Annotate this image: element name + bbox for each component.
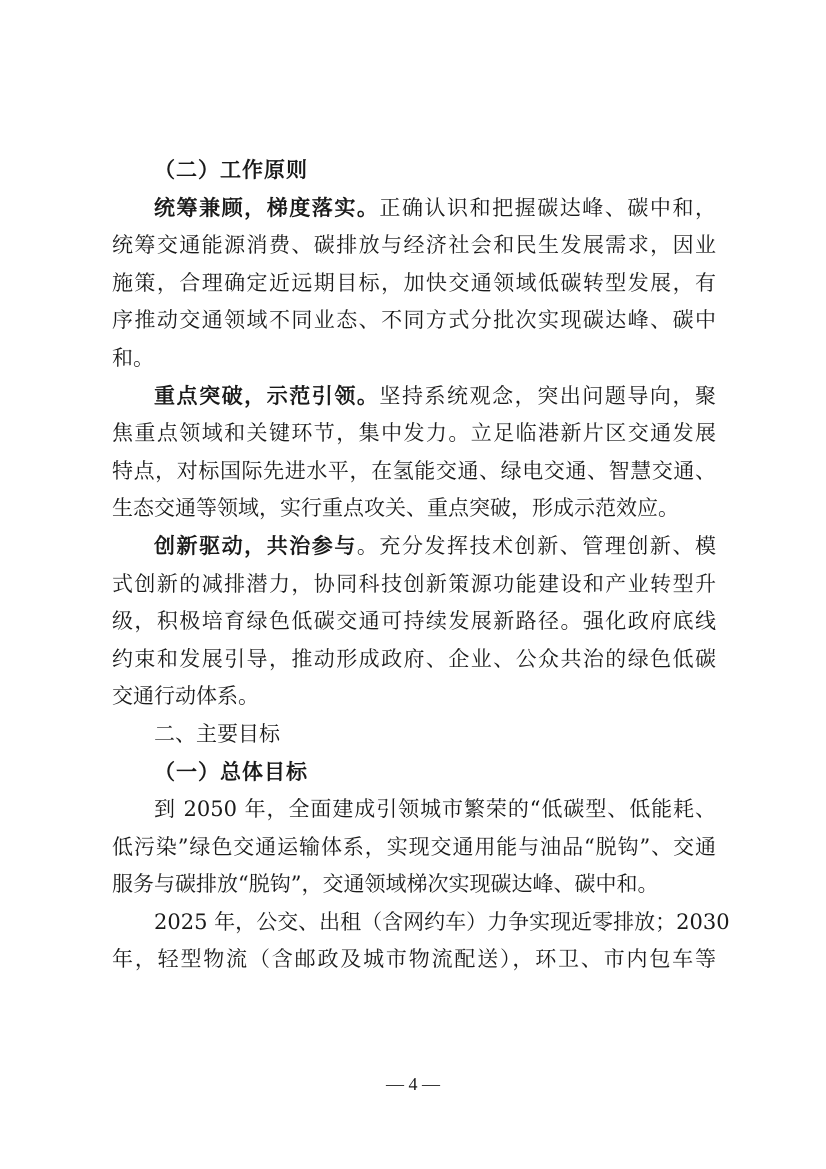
paragraph-lead: 创新驱动，共治参与 [154, 534, 357, 558]
paragraph-line: 低污染”绿色交通运输体系，实现交通用能与油品“脱钩”、交通 [112, 829, 716, 867]
paragraph-line: 施策，合理确定近远期目标，加快交通领域低碳转型发展，有 [112, 265, 716, 303]
paragraph-line: 序推动交通领域不同业态、不同方式分批次实现碳达峰、碳中 [112, 302, 716, 340]
section-heading-goals: 二、主要目标 [112, 716, 716, 754]
paragraph-line: 服务与碳排放“脱钩”，交通领域梯次实现碳达峰、碳中和。 [112, 866, 716, 904]
paragraph-text: 坚持系统观念，突出问题导向，聚 [379, 384, 716, 408]
paragraph-line: 统筹交通能源消费、碳排放与经济社会和民生发展需求，因业 [112, 227, 716, 265]
paragraph-line: 级，积极培育绿色低碳交通可持续发展新路径。强化政府底线 [112, 603, 716, 641]
section-heading-principles: （二）工作原则 [112, 152, 716, 190]
document-body: （二）工作原则 统筹兼顾，梯度落实。正确认识和把握碳达峰、碳中和， 统筹交通能源… [112, 152, 716, 979]
page-number: — 4 — [0, 1074, 826, 1095]
document-page: （二）工作原则 统筹兼顾，梯度落实。正确认识和把握碳达峰、碳中和， 统筹交通能源… [0, 0, 826, 1169]
paragraph-line: 创新驱动，共治参与。充分发挥技术创新、管理创新、模 [112, 528, 716, 566]
paragraph-line: 生态交通等领域，实行重点攻关、重点突破，形成示范效应。 [112, 490, 716, 528]
paragraph-line: 约束和发展引导，推动形成政府、企业、公众共治的绿色低碳 [112, 641, 716, 679]
paragraph-line: 特点，对标国际先进水平，在氢能交通、绿电交通、智慧交通、 [112, 453, 716, 491]
paragraph-lead: 重点突破，示范引领。 [154, 384, 379, 408]
paragraph-line: 年，轻型物流（含邮政及城市物流配送），环卫、市内包车等 [112, 941, 716, 979]
paragraph-line: 式创新的减排潜力，协同科技创新策源功能建设和产业转型升 [112, 566, 716, 604]
paragraph-line: 交通行动体系。 [112, 678, 716, 716]
subsection-heading-overall-goals: （一）总体目标 [112, 754, 716, 792]
paragraph-line: 到 2050 年，全面建成引领城市繁荣的“低碳型、低能耗、 [112, 791, 716, 829]
paragraph-line: 和。 [112, 340, 716, 378]
paragraph-text: 正确认识和把握碳达峰、碳中和， [379, 196, 716, 220]
paragraph-line: 焦重点领域和关键环节，集中发力。立足临港新片区交通发展 [112, 415, 716, 453]
paragraph-line: 重点突破，示范引领。坚持系统观念，突出问题导向，聚 [112, 378, 716, 416]
paragraph-lead: 统筹兼顾，梯度落实。 [154, 196, 379, 220]
paragraph-line: 统筹兼顾，梯度落实。正确认识和把握碳达峰、碳中和， [112, 190, 716, 228]
paragraph-text: 。充分发挥技术创新、管理创新、模 [357, 534, 716, 558]
paragraph-line: 2025 年，公交、出租（含网约车）力争实现近零排放；2030 [112, 904, 716, 942]
